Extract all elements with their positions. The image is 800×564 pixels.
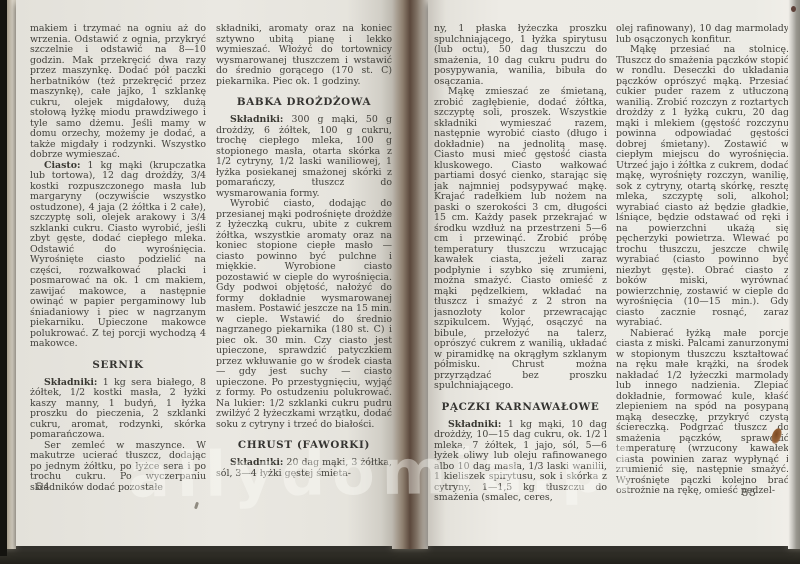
section-heading: SERNIK <box>30 359 206 371</box>
paragraph-lead: Składniki: <box>448 419 501 430</box>
paragraph-text: 1 kg mąki, 10 dag drożdży, 10—15 dag cuk… <box>434 419 607 504</box>
paragraph: ny, 1 płaska łyżeczka proszku spulchniaj… <box>434 24 607 87</box>
paragraph: Nabierać łyżką małe porcje ciasta z misk… <box>616 329 789 497</box>
paragraph-lead: Składniki: <box>230 457 283 468</box>
paragraph: Składniki: 1 kg sera białego, 8 żółtek, … <box>30 378 206 441</box>
book-scan: makiem i trzymać na ogniu aż do wrzenia.… <box>0 0 800 564</box>
section-heading: BABKA DROŻDŻOWA <box>216 96 392 108</box>
book-spine-edge <box>0 0 7 556</box>
paragraph: makiem i trzymać na ogniu aż do wrzenia.… <box>30 24 206 161</box>
text-column: składniki, aromaty oraz na koniec sztywn… <box>216 24 392 524</box>
book-gutter-shadow <box>392 0 428 549</box>
paragraph: składniki, aromaty oraz na koniec sztywn… <box>216 24 392 87</box>
paragraph: Mąkę zmieszać ze śmietaną, zrobić zagłęb… <box>434 87 607 392</box>
paragraph: Składniki: 1 kg mąki, 10 dag drożdży, 10… <box>434 420 607 504</box>
paragraph: Mąkę przesiać na stolnicę. Tłuszcz do sm… <box>616 45 789 329</box>
page-number: 55 <box>742 488 757 499</box>
text-column: olej rafinowany), 10 dag marmolady lub o… <box>616 24 789 524</box>
text-column: ny, 1 płaska łyżeczka proszku spulchniaj… <box>434 24 607 524</box>
paragraph-lead: Składniki: <box>44 377 97 388</box>
paragraph-lead: Składniki: <box>230 114 283 125</box>
corner-stain <box>791 6 796 12</box>
left-page-columns: makiem i trzymać na ogniu aż do wrzenia.… <box>30 24 392 524</box>
left-page-stack-edge <box>7 0 16 549</box>
paragraph-text: 1 kg sera białego, 8 żółtek, 1/2 kostki … <box>30 377 206 441</box>
paragraph: Wyrobić ciasto, dodając do przesianej mą… <box>216 199 392 430</box>
paragraph-lead: Ciasto: <box>44 160 80 171</box>
paragraph-text: 1 kg mąki (krupczatka lub tortowa), 12 d… <box>30 160 206 350</box>
section-heading: PĄCZKI KARNAWAŁOWE <box>434 401 607 413</box>
right-page-stack-edge <box>788 0 800 549</box>
page-number: 54 <box>36 482 51 493</box>
page-right-55: ny, 1 płaska łyżeczka proszku spulchniaj… <box>428 0 788 546</box>
paragraph-text: 300 g mąki, 50 g drożdży, 6 żółtek, 100 … <box>216 114 392 199</box>
paragraph: Ciasto: 1 kg mąki (krupczatka lub tortow… <box>30 161 206 350</box>
text-column: makiem i trzymać na ogniu aż do wrzenia.… <box>30 24 206 524</box>
section-heading: CHRUST (FAWORKI) <box>216 439 392 451</box>
paragraph: Ser zemleć w maszynce. W makutrze uciera… <box>30 441 206 494</box>
paragraph: olej rafinowany), 10 dag marmolady lub o… <box>616 24 789 45</box>
paragraph: Składniki: 20 dag mąki, 3 żółtka, sól, 3… <box>216 458 392 479</box>
paragraph: Składniki: 300 g mąki, 50 g drożdży, 6 ż… <box>216 115 392 199</box>
right-page-columns: ny, 1 płaska łyżeczka proszku spulchniaj… <box>434 24 789 524</box>
page-left-54: makiem i trzymać na ogniu aż do wrzenia.… <box>16 0 392 546</box>
